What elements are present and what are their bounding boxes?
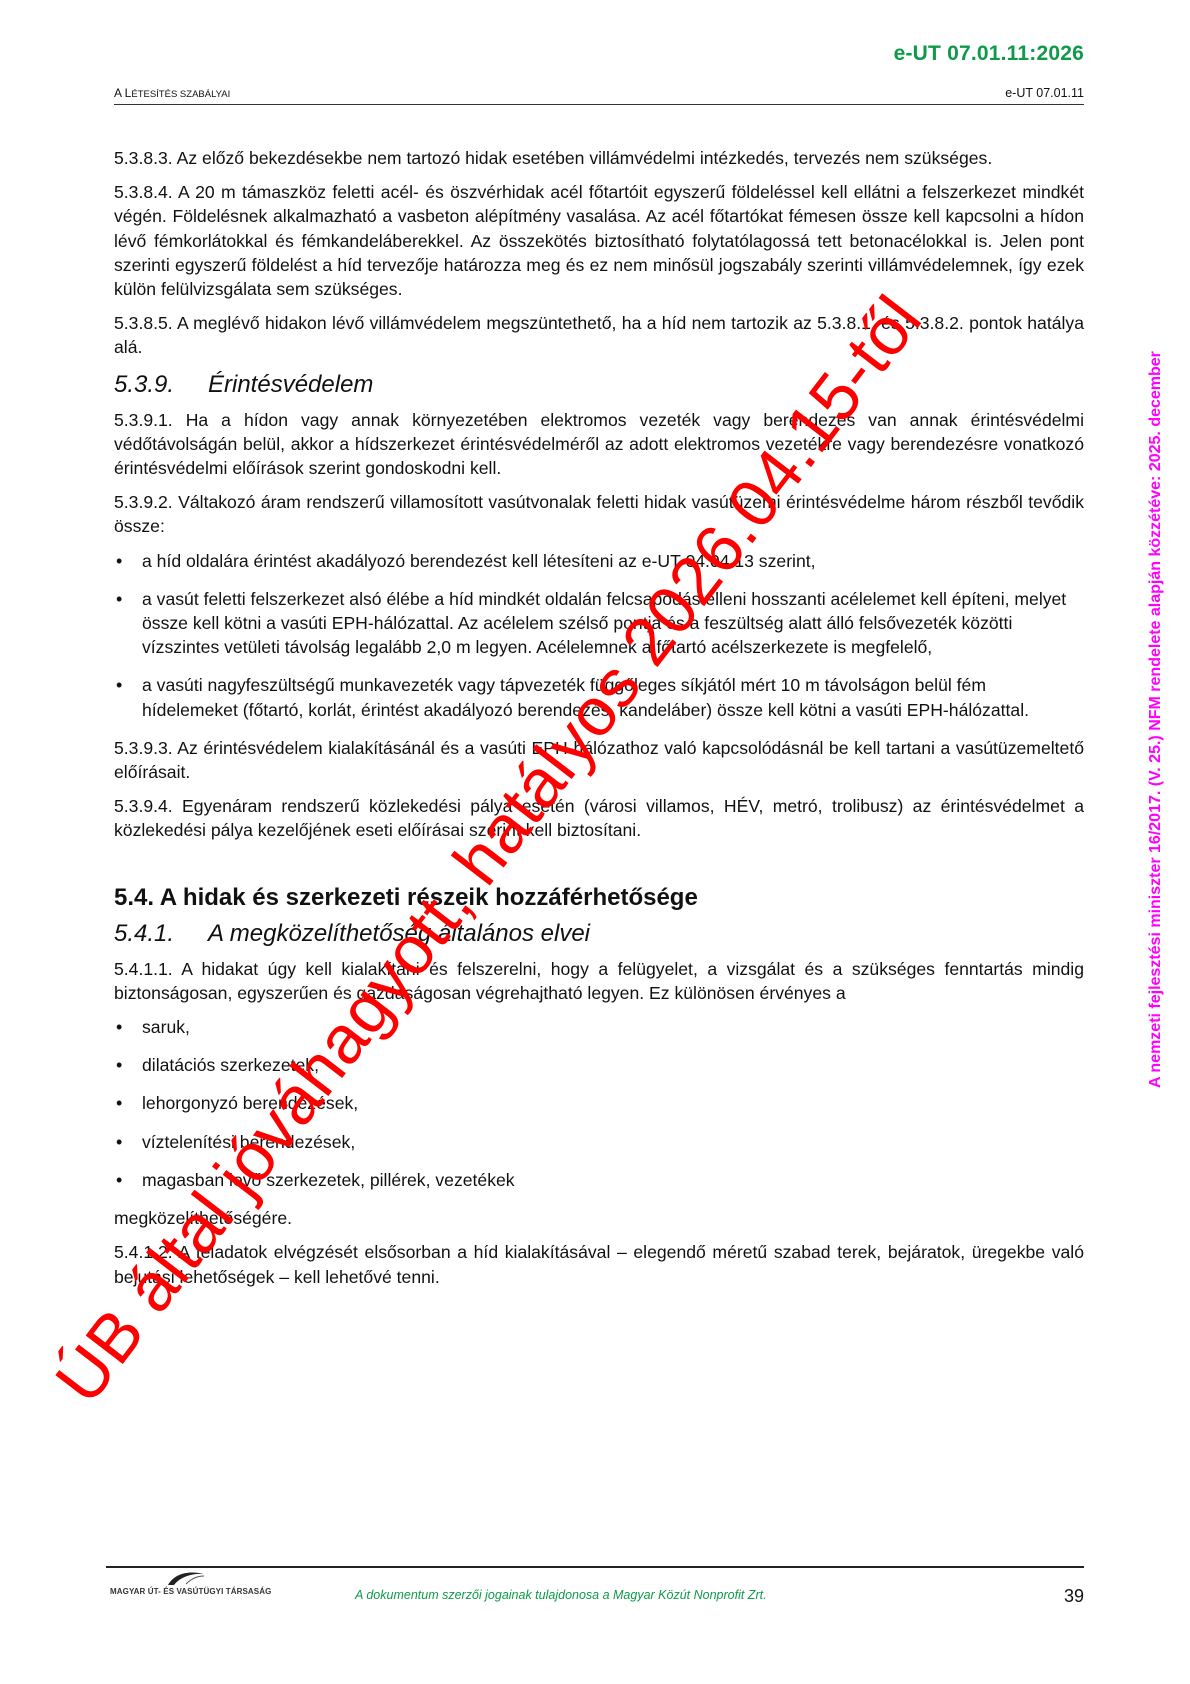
road-swoosh-icon (166, 1570, 206, 1586)
list-item: lehorgonyzó berendezések, (114, 1091, 1084, 1115)
running-section-title: A LÉTESÍTÉS SZABÁLYAI (114, 86, 230, 100)
document-code: e-UT 07.01.11:2026 (894, 42, 1084, 66)
paragraph-5-3-9-1: 5.3.9.1. Ha a hídon vagy annak környezet… (114, 408, 1084, 481)
list-item: a vasúti nagyfeszültségű munkavezeték va… (114, 673, 1084, 721)
paragraph-5-3-9-3: 5.3.9.3. Az érintésvédelem kialakításáná… (114, 736, 1084, 784)
heading-number: 5.3.9. (114, 370, 208, 400)
section-title-initial: A L (114, 86, 131, 100)
bullet-list-5-3-9-2: a híd oldalára érintést akadályozó beren… (114, 549, 1084, 722)
heading-title: A megközelíthetőség általános elvei (208, 920, 590, 947)
heading-5-3-9: 5.3.9.Érintésvédelem (114, 370, 1084, 400)
section-title-rest: ÉTESÍTÉS SZABÁLYAI (131, 89, 230, 100)
paragraph-5-4-1-1: 5.4.1.1. A hidakat úgy kell kialakítani … (114, 957, 1084, 1005)
copyright-notice: A dokumentum szerzői jogainak tulajdonos… (355, 1588, 767, 1602)
publisher-logo-text: MAGYAR ÚT- ÉS VASÚTÜGYI TÁRSASÁG (110, 1587, 271, 1596)
list-item: magasban levő szerkezetek, pillérek, vez… (114, 1168, 1084, 1192)
heading-5-4: 5.4. A hidak és szerkezeti részeik hozzá… (114, 883, 1084, 913)
paragraph-5-3-9-4: 5.3.9.4. Egyenáram rendszerű közlekedési… (114, 794, 1084, 842)
heading-number: 5.4.1. (114, 919, 208, 949)
heading-title: Érintésvédelem (208, 371, 373, 398)
list-item: a vasút feletti felszerkezet alsó élébe … (114, 587, 1084, 660)
page-number: 39 (1064, 1586, 1084, 1607)
list-item: víztelenítési berendezések, (114, 1130, 1084, 1154)
document-body: 5.3.8.3. Az előző bekezdésekbe nem tarto… (114, 146, 1084, 1299)
paragraph-5-3-8-5: 5.3.8.5. A meglévő hidakon lévő villámvé… (114, 311, 1084, 359)
publisher-logo: MAGYAR ÚT- ÉS VASÚTÜGYI TÁRSASÁG (110, 1570, 260, 1610)
document-page: e-UT 07.01.11:2026 A LÉTESÍTÉS SZABÁLYAI… (0, 0, 1190, 1684)
publication-watermark: A nemzeti fejlesztési miniszter 16/2017.… (1147, 351, 1165, 1088)
bullet-list-5-4-1-1: saruk, dilatációs szerkezetek, lehorgony… (114, 1015, 1084, 1192)
footer-divider (106, 1566, 1084, 1568)
list-item: a híd oldalára érintést akadályozó beren… (114, 549, 1084, 573)
paragraph-5-4-1-1-end: megközelíthetőségére. (114, 1206, 1084, 1230)
paragraph-5-3-8-4: 5.3.8.4. A 20 m támaszköz feletti acél- … (114, 180, 1084, 301)
paragraph-5-3-9-2: 5.3.9.2. Váltakozó áram rendszerű villam… (114, 490, 1084, 538)
page-header: A LÉTESÍTÉS SZABÁLYAI e-UT 07.01.11 (114, 84, 1084, 105)
paragraph-5-4-1-2: 5.4.1.2. A feladatok elvégzését elsősorb… (114, 1240, 1084, 1288)
list-item: saruk, (114, 1015, 1084, 1039)
list-item: dilatációs szerkezetek, (114, 1053, 1084, 1077)
running-doc-ref: e-UT 07.01.11 (1005, 86, 1084, 100)
heading-5-4-1: 5.4.1.A megközelíthetőség általános elve… (114, 919, 1084, 949)
paragraph-5-3-8-3: 5.3.8.3. Az előző bekezdésekbe nem tarto… (114, 146, 1084, 170)
